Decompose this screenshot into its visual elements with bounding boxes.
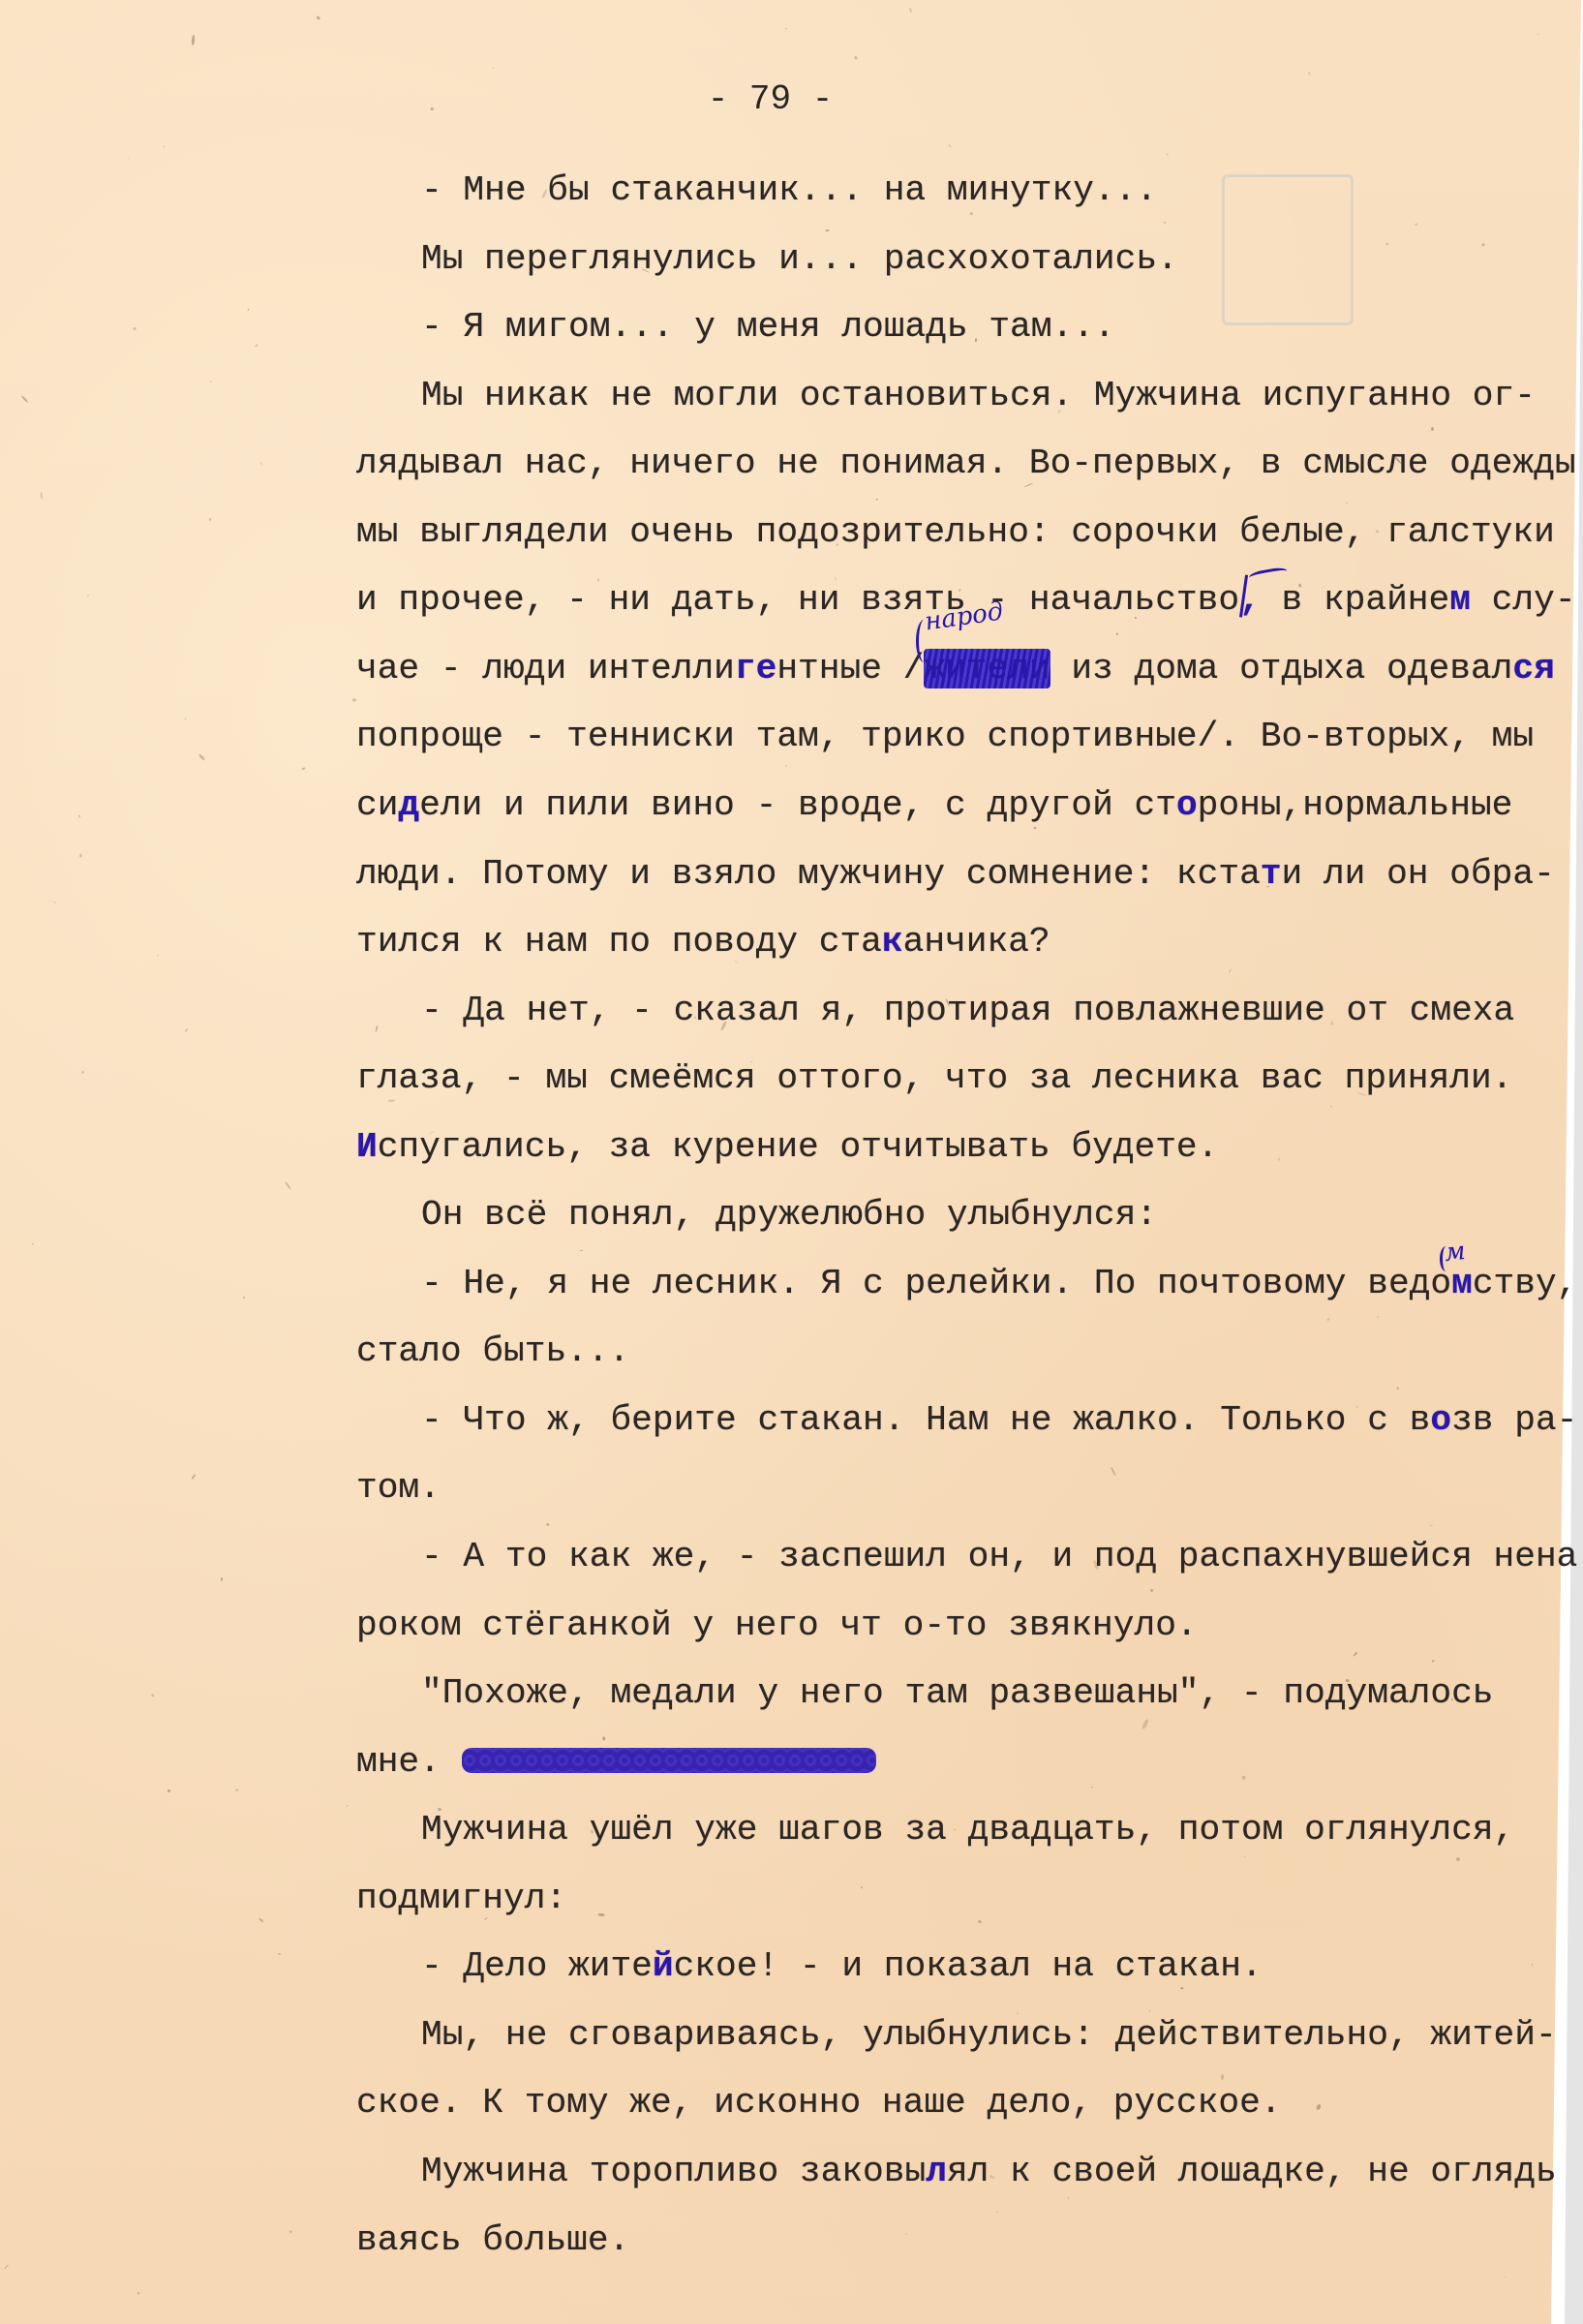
paper-speck [1149, 2010, 1150, 2012]
paper-speck [1308, 72, 1311, 76]
text-line: - А то как же, - заспешил он, и под расп… [421, 1536, 1577, 1578]
handwritten-bracket [916, 620, 932, 662]
paper-speck [860, 1885, 863, 1888]
paper-speck [137, 2292, 140, 2295]
paper-speck [32, 1242, 34, 1244]
paper-speck [1315, 2103, 1321, 2110]
paper-speck [247, 308, 250, 311]
typed-text: нтные / [776, 649, 924, 688]
text-line: - Мне бы стаканчик... на минутку... [421, 169, 1157, 212]
text-line: ваясь больше. [356, 2219, 629, 2262]
paper-speck [1278, 1158, 1281, 1161]
handwritten-caret [1440, 1246, 1452, 1271]
paper-speck [209, 518, 212, 522]
text-line: лядывал нас, ничего не понимая. Во-первы… [356, 443, 1576, 485]
text-line: подмигнул: [356, 1878, 566, 1920]
text-line: мы выглядели очень подозрительно: сорочк… [356, 511, 1555, 554]
paper-speck [191, 35, 195, 46]
typed-text: Мы никак не могли остановиться. Мужчина … [421, 376, 1536, 415]
handwritten-correction: м [1449, 580, 1471, 620]
handwritten-correction: м [1451, 1264, 1473, 1303]
paper-speck [210, 381, 212, 382]
text-line: Мы переглянулись и... расхохотались. [421, 238, 1178, 281]
paper-speck [1244, 1856, 1245, 1858]
paper-speck [1164, 221, 1167, 224]
typed-text: роком стёганкой у него чт о-то звякнуло. [356, 1605, 1198, 1645]
paper-speck [995, 2211, 997, 2213]
paper-speck [184, 719, 185, 720]
text-line: глаза, - мы смеёмся оттого, что за лесни… [356, 1057, 1512, 1100]
handwritten-correction: ге [735, 649, 776, 688]
paper-speck [909, 8, 911, 13]
typed-text: - Дело жите [421, 1946, 653, 1986]
handwritten-correction: о [1430, 1400, 1451, 1440]
paper-speck [81, 1071, 84, 1075]
paper-speck [1229, 969, 1232, 973]
paper-speck [853, 55, 857, 60]
faint-stamp-show-through [1222, 174, 1354, 325]
typed-text: из дома отдыха одевал [1050, 649, 1513, 688]
typed-text: ял к своей лошадке, не оглядь [947, 2152, 1557, 2191]
typed-text: ское. К тому же, исконно наше дело, русс… [356, 2083, 1282, 2123]
paper-speck [289, 2229, 293, 2233]
text-line: - Что ж, берите стакан. Нам не жалко. То… [421, 1399, 1577, 1442]
typed-text: Мужчина торопливо заковы [421, 2152, 926, 2191]
paper-speck [243, 1297, 246, 1300]
paper-speck [1142, 1719, 1149, 1729]
typed-text: ваясь больше. [356, 2220, 629, 2260]
paper-speck [905, 2232, 907, 2234]
paper-speck [1429, 1525, 1433, 1526]
typed-text: спугались, за курение отчитывать будете. [378, 1127, 1219, 1167]
handwritten-correction: д [398, 785, 419, 825]
paper-speck [185, 1028, 188, 1032]
paper-speck [1537, 33, 1539, 36]
paper-speck [351, 697, 356, 701]
paper-speck [87, 594, 89, 596]
text-line: ское. К тому же, исконно наше дело, русс… [356, 2082, 1282, 2125]
paper-speck [278, 1953, 281, 1955]
typed-text: и ли он обра- [1282, 854, 1555, 894]
paper-speck [235, 1789, 238, 1791]
typed-text: тился к нам по поводу ста [356, 922, 882, 962]
paper-speck [1330, 1106, 1332, 1108]
paper-speck [78, 814, 80, 818]
handwritten-correction: й [653, 1946, 674, 1986]
paper-speck [1415, 223, 1418, 226]
text-line: тился к нам по поводу стаканчика? [356, 921, 1050, 963]
paper-speck [1532, 1963, 1533, 1965]
paper-speck [1504, 2277, 1505, 2278]
text-line: Мужчина торопливо заковылял к своей лоша… [421, 2151, 1557, 2193]
paper-speck [52, 901, 56, 903]
typed-text: ское! - и показал на стакан. [674, 1946, 1263, 1986]
paper-speck [128, 158, 130, 160]
paper-speck [1221, 2074, 1224, 2080]
handwritten-correction: л [926, 2152, 947, 2191]
typed-text: си [356, 785, 398, 825]
text-line: Он всё понял, дружелюбно улыбнулся: [421, 1194, 1157, 1237]
typed-text: мне. [356, 1742, 462, 1782]
typed-text: люди. Потому и взяло мужчину сомнение: к… [356, 854, 1261, 894]
paper-speck [4, 2265, 9, 2270]
typed-text: чае - люди интелли [356, 649, 735, 688]
paper-speck [1431, 427, 1434, 431]
page-number: - 79 - [0, 79, 1583, 119]
paper-speck [79, 854, 81, 858]
paper-speck [167, 1789, 170, 1793]
paper-speck [316, 15, 320, 20]
typed-text: ели и пили вино - вроде, с другой ст [419, 785, 1176, 825]
typed-text: - Что ж, берите стакан. Нам не жалко. То… [421, 1400, 1430, 1440]
paper-speck [150, 1693, 154, 1697]
typed-text: - Да нет, - сказал я, протирая повлажнев… [421, 991, 1514, 1030]
paper-speck [1346, 502, 1348, 504]
paper-speck [492, 68, 494, 69]
text-line: стало быть... [356, 1330, 629, 1373]
paper-speck [259, 1917, 264, 1922]
paper-speck [876, 498, 878, 501]
typed-text: лядывал нас, ничего не понимая. Во-первы… [356, 443, 1576, 483]
text-line: - Дело житейское! - и показал на стакан. [421, 1945, 1263, 1988]
paper-speck [255, 344, 259, 348]
typed-text: глаза, - мы смеёмся оттого, что за лесни… [356, 1058, 1512, 1098]
typed-text: - Не, я не лесник. Я с релейки. По почто… [421, 1264, 1451, 1303]
typed-text: мы выглядели очень подозрительно: сорочк… [356, 512, 1555, 552]
text-line: - Да нет, - сказал я, протирая повлажнев… [421, 990, 1514, 1032]
typed-text: - А то как же, - заспешил он, и под расп… [421, 1537, 1577, 1576]
handwritten-correction: т [1261, 854, 1282, 894]
handwritten-correction: ся [1512, 649, 1554, 688]
typed-text: Он всё понял, дружелюбно улыбнулся: [421, 1195, 1157, 1235]
text-line: Мы никак не могли остановиться. Мужчина … [421, 375, 1536, 417]
text-line: Мужчина ушёл уже шагов за двадцать, пото… [421, 1809, 1514, 1851]
paper-speck [41, 492, 44, 499]
paper-speck [784, 27, 787, 30]
text-line: попроще - тенниски там, трико спортивные… [356, 716, 1534, 758]
text-line: мне. [356, 1741, 876, 1784]
handwritten-correction: И [356, 1127, 378, 1167]
paper-speck [198, 753, 205, 761]
paper-speck [825, 229, 829, 231]
typed-text: Мы, не сговариваясь, улыбнулись: действи… [421, 2015, 1557, 2055]
typed-text: в крайне [1261, 580, 1449, 620]
paper-speck [1481, 242, 1485, 246]
paper-speck [284, 1180, 291, 1190]
text-line: Испугались, за курение отчитывать будете… [356, 1126, 1218, 1169]
typed-text: стало быть... [356, 1331, 629, 1371]
text-line: - Я мигом... у меня лошадь там... [421, 306, 1115, 349]
typed-text: подмигнул: [356, 1879, 566, 1918]
paper-speck [1034, 827, 1037, 830]
paper-speck [301, 767, 305, 770]
typed-text: том. [356, 1468, 441, 1508]
paper-speck [163, 146, 166, 149]
text-line: чае - люди интеллигентные /жители из дом… [356, 648, 1555, 690]
paper-speck [221, 1577, 223, 1581]
paper-speck [1150, 1589, 1154, 1593]
page-number-text: - 79 - [708, 79, 834, 119]
paper-speck [598, 1913, 605, 1916]
struck-out-word: жители [924, 649, 1050, 688]
text-line: сидели и пили вино - вроде, с другой сто… [356, 784, 1512, 827]
typed-text: Мы переглянулись и... расхохотались. [421, 239, 1178, 279]
paper-speck [346, 1805, 349, 1808]
paper-speck [1376, 1315, 1378, 1318]
typed-text: анчика? [903, 922, 1050, 962]
paper-speck [259, 462, 262, 465]
typed-text: попроще - тенниски там, трико спортивные… [356, 717, 1534, 756]
paper-speck [134, 327, 137, 330]
paper-speck [978, 1919, 982, 1922]
paper-speck [157, 955, 159, 957]
paper-speck [1116, 632, 1118, 634]
paper-speck [785, 765, 788, 767]
paper-speck [948, 144, 950, 148]
crossed-out-text [462, 1748, 876, 1773]
paper-speck [1242, 1776, 1246, 1780]
paper-speck [1067, 2197, 1069, 2200]
text-line: Мы, не сговариваясь, улыбнулись: действи… [421, 2014, 1557, 2057]
paper-speck [1166, 153, 1169, 156]
paper-speck [1456, 1857, 1461, 1862]
typed-text: Мужчина ушёл уже шагов за двадцать, пото… [421, 1810, 1514, 1850]
handwritten-correction: к [882, 922, 903, 962]
typed-text: ству, [1473, 1264, 1578, 1303]
paper-speck [1090, 1787, 1092, 1789]
typed-text: и прочее, - ни дать, ни взять - начальст… [356, 580, 1239, 620]
typed-text: роны,нормальные [1198, 785, 1513, 825]
paper-speck [1385, 242, 1389, 246]
text-line: том. [356, 1467, 441, 1510]
paper-speck [191, 1474, 196, 1480]
paper-speck [22, 396, 29, 403]
typed-text: - Я мигом... у меня лошадь там... [421, 307, 1115, 347]
paper-speck [1353, 1651, 1357, 1657]
paper-speck [545, 1522, 550, 1527]
typed-text: "Похоже, медали у него там развешаны", -… [421, 1673, 1494, 1713]
paper-speck [1431, 1659, 1435, 1663]
text-line: роком стёганкой у него чт о-то звякнуло. [356, 1605, 1198, 1647]
typed-text: зв ра- [1451, 1400, 1577, 1440]
paper-speck [1110, 1467, 1116, 1477]
paper-speck [1397, 1387, 1400, 1391]
handwritten-correction: о [1176, 785, 1198, 825]
paper-speck [1327, 1318, 1330, 1321]
typed-text: - Мне бы стаканчик... на минутку... [421, 170, 1157, 210]
text-line: люди. Потому и взяло мужчину сомнение: к… [356, 853, 1555, 896]
paper-speck [580, 1250, 583, 1251]
paper-speck [375, 1025, 379, 1032]
text-line: "Похоже, медали у него там развешаны", -… [421, 1672, 1494, 1715]
typed-text: слу- [1471, 580, 1576, 620]
text-line: - Не, я не лесник. Я с релейки. По почто… [421, 1263, 1577, 1305]
